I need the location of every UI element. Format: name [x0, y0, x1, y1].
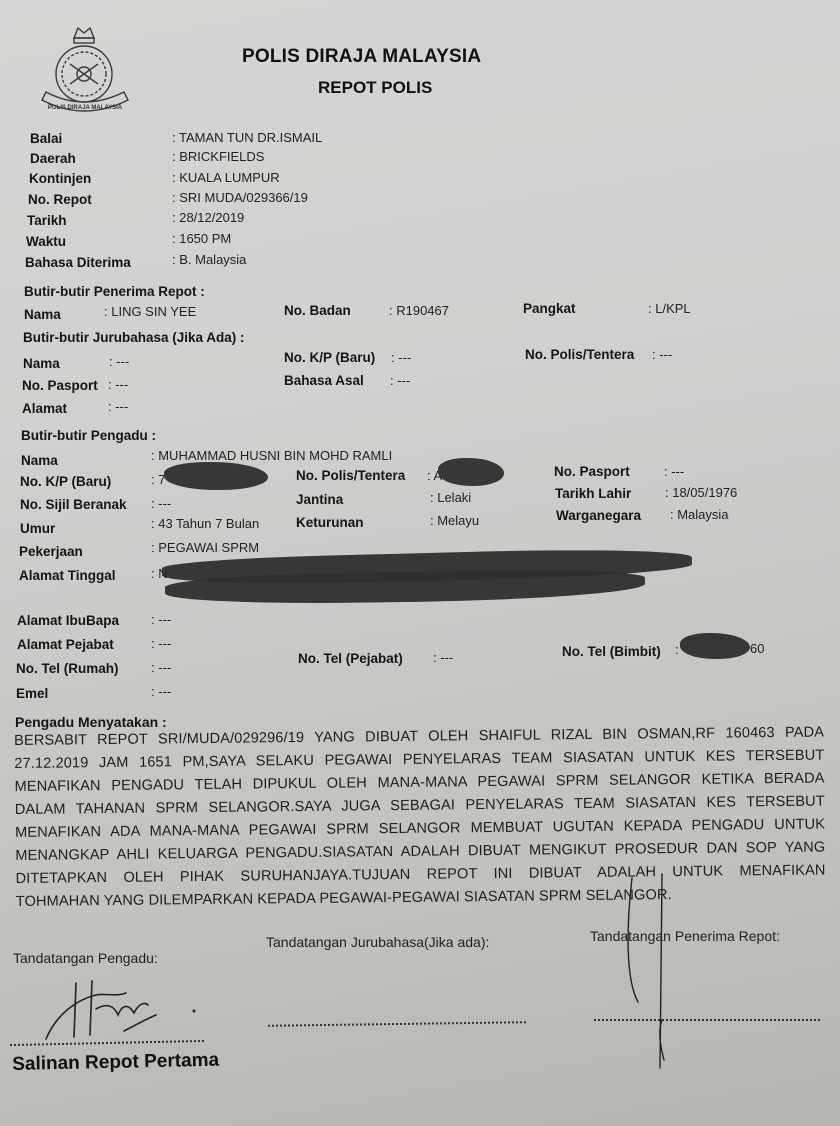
complainant-lahir-value: : 18/05/1976: [665, 485, 737, 500]
interpreter-polis-label: No. Polis/Tentera: [525, 347, 634, 362]
value-balai: : TAMAN TUN DR.ISMAIL: [172, 130, 322, 145]
interpreter-pasport-value: : ---: [108, 377, 128, 392]
document-title: POLIS DIRAJA MALAYSIA: [242, 46, 481, 68]
interpreter-kp-value: : ---: [391, 350, 411, 365]
complainant-keturunan-value: : Melayu: [430, 513, 479, 528]
complainant-warganegara-label: Warganegara: [556, 508, 641, 523]
interpreter-polis-value: : ---: [652, 347, 672, 362]
interpreter-kp-label: No. K/P (Baru): [284, 350, 375, 365]
receiver-nama-label: Nama: [24, 307, 61, 322]
complainant-tel-bimbit-value: :: [675, 642, 679, 657]
redaction-kp: [164, 462, 268, 490]
complainant-tel-rumah-value: : ---: [151, 660, 171, 675]
redaction-tel-bimbit: [680, 633, 750, 659]
value-tarikh: : 28/12/2019: [172, 210, 244, 225]
complainant-sijil-label: No. Sijil Beranak: [20, 497, 127, 512]
crest-icon: POLIS DIRAJA MALAYSIA: [34, 24, 136, 124]
receiver-signature-line: [594, 1019, 820, 1021]
complainant-tel-pejabat-label: No. Tel (Pejabat): [298, 651, 403, 666]
value-bahasa-diterima: : B. Malaysia: [172, 252, 246, 267]
label-balai: Balai: [30, 131, 62, 146]
value-kontinjen: : KUALA LUMPUR: [172, 170, 280, 185]
label-tarikh: Tarikh: [27, 213, 67, 228]
complainant-alamat-pejabat-label: Alamat Pejabat: [17, 637, 114, 652]
police-crest-logo: POLIS DIRAJA MALAYSIA: [34, 24, 136, 124]
interpreter-nama-value: : ---: [109, 354, 129, 369]
interpreter-nama-label: Nama: [23, 356, 60, 371]
footer-copy-label: Salinan Repot Pertama: [12, 1050, 219, 1076]
complainant-sijil-value: : ---: [151, 496, 171, 511]
complainant-tel-rumah-label: No. Tel (Rumah): [16, 661, 119, 676]
complainant-alamat-pejabat-value: : ---: [151, 636, 171, 651]
complainant-tel-bimbit-label: No. Tel (Bimbit): [562, 644, 661, 659]
complainant-nama-label: Nama: [21, 453, 58, 468]
complainant-kp-label: No. K/P (Baru): [20, 474, 111, 489]
complainant-umur-value: : 43 Tahun 7 Bulan: [151, 516, 259, 531]
complainant-pekerjaan-label: Pekerjaan: [19, 544, 83, 559]
label-waktu: Waktu: [26, 234, 66, 249]
statement-body: BERSABIT REPOT SRI/MUDA/029296/19 YANG D…: [14, 722, 826, 914]
value-waktu: : 1650 PM: [172, 231, 231, 246]
complainant-pekerjaan-value: : PEGAWAI SPRM: [151, 540, 259, 555]
interpreter-alamat-label: Alamat: [22, 401, 67, 416]
label-no-repot: No. Repot: [28, 192, 92, 207]
interpreter-signature-line: [268, 1021, 526, 1027]
complainant-nama-value: : MUHAMMAD HUSNI BIN MOHD RAMLI: [151, 448, 392, 463]
interpreter-pasport-label: No. Pasport: [22, 378, 98, 393]
complainant-tel-pejabat-value: : ---: [433, 650, 453, 665]
complainant-jantina-label: Jantina: [296, 492, 343, 507]
label-kontinjen: Kontinjen: [29, 171, 91, 186]
complainant-warganegara-value: : Malaysia: [670, 507, 729, 522]
receiver-nama-value: : LING SIN YEE: [104, 304, 196, 319]
receiver-pangkat-value: : L/KPL: [648, 301, 691, 316]
complainant-tel-bimbit-suffix: 60: [750, 641, 764, 656]
receiver-signature-icon: [620, 870, 680, 1070]
label-daerah: Daerah: [30, 151, 76, 166]
label-bahasa-diterima: Bahasa Diterima: [25, 255, 131, 270]
receiver-badan-label: No. Badan: [284, 303, 351, 318]
redaction-polis: [438, 458, 504, 486]
complainant-umur-label: Umur: [20, 521, 55, 536]
complainant-lahir-label: Tarikh Lahir: [555, 486, 631, 501]
statement-title: Pengadu Menyatakan :: [15, 714, 167, 730]
value-daerah: : BRICKFIELDS: [172, 149, 264, 164]
complainant-signature-icon: [36, 975, 206, 1045]
interpreter-signature-label: Tandatangan Jurubahasa(Jika ada):: [266, 934, 489, 950]
svg-text:POLIS DIRAJA MALAYSIA: POLIS DIRAJA MALAYSIA: [48, 105, 123, 111]
complainant-pasport-label: No. Pasport: [554, 464, 630, 479]
complainant-alamat-tinggal-label: Alamat Tinggal: [19, 568, 116, 583]
receiver-badan-value: : R190467: [389, 303, 449, 318]
document-subtitle: REPOT POLIS: [318, 78, 432, 98]
complainant-emel-label: Emel: [16, 686, 48, 701]
complainant-emel-value: : ---: [151, 684, 171, 699]
interpreter-bahasa-value: : ---: [390, 373, 410, 388]
interpreter-bahasa-label: Bahasa Asal: [284, 373, 364, 388]
complainant-alamat-ibubapa-label: Alamat IbuBapa: [17, 613, 119, 628]
value-no-repot: : SRI MUDA/029366/19: [172, 190, 308, 205]
complainant-pasport-value: : ---: [664, 464, 684, 479]
complainant-signature-label: Tandatangan Pengadu:: [13, 950, 158, 966]
interpreter-alamat-value: : ---: [108, 399, 128, 414]
complainant-alamat-ibubapa-value: : ---: [151, 612, 171, 627]
complainant-polis-label: No. Polis/Tentera: [296, 468, 405, 483]
complainant-keturunan-label: Keturunan: [296, 515, 364, 530]
receiver-pangkat-label: Pangkat: [523, 301, 576, 316]
complainant-section-title: Butir-butir Pengadu :: [21, 428, 156, 443]
receiver-section-title: Butir-butir Penerima Repot :: [24, 284, 205, 299]
receiver-signature-label: Tandatangan Penerima Repot:: [590, 928, 780, 944]
complainant-jantina-value: : Lelaki: [430, 490, 471, 505]
interpreter-section-title: Butir-butir Jurubahasa (Jika Ada) :: [23, 330, 245, 345]
